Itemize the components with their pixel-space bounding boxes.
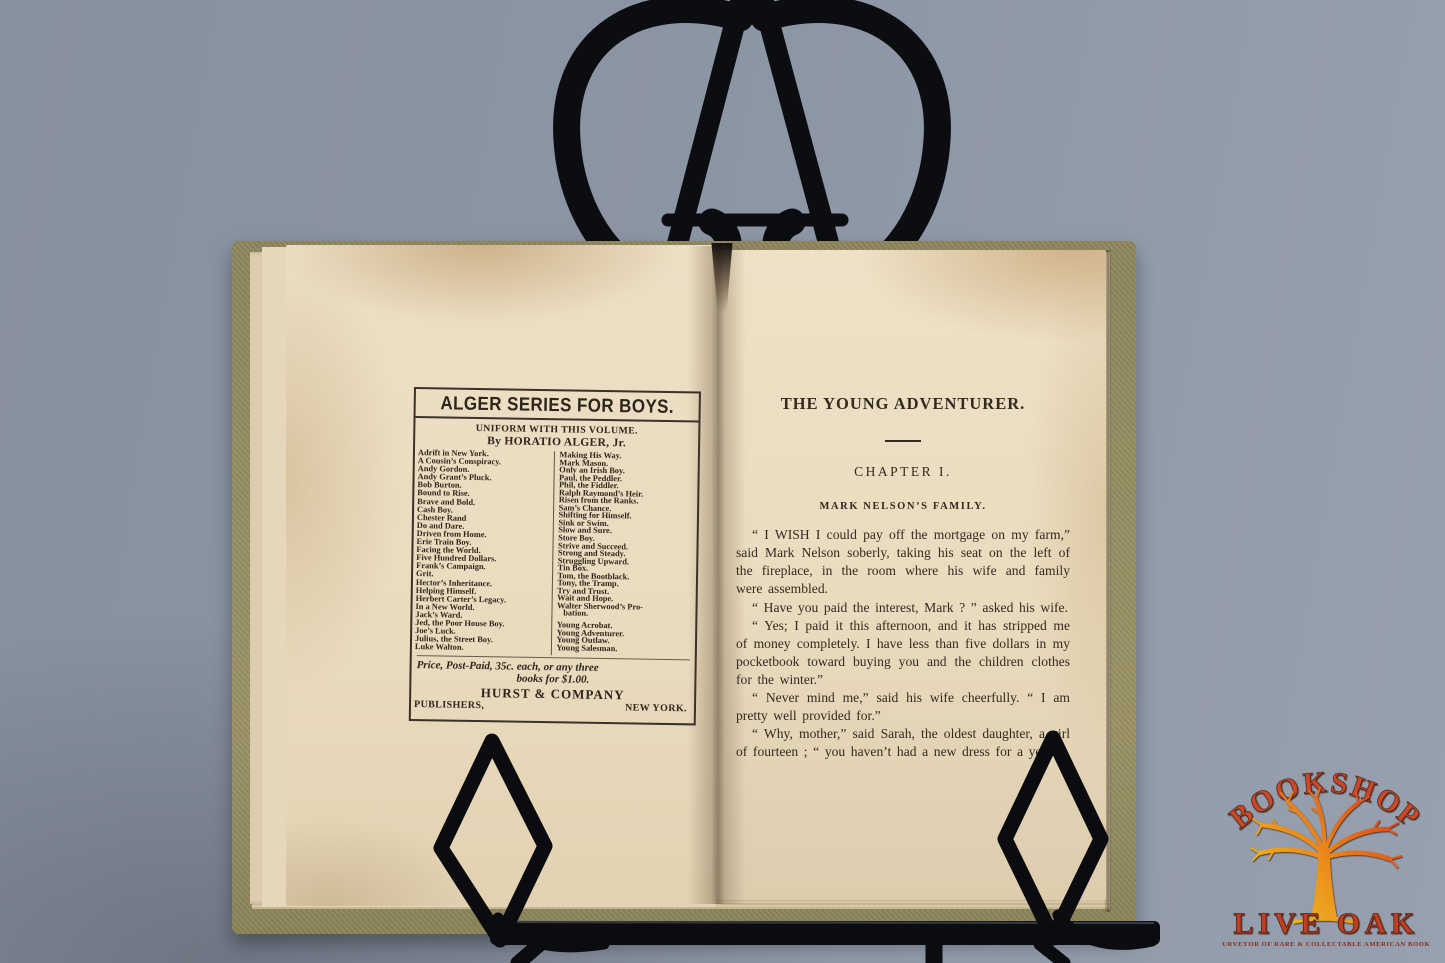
ad-box: ALGER SERIES FOR BOYS. UNIFORM WITH THIS… <box>409 387 701 725</box>
body-text: “ I WISH I could pay off the mortgage on… <box>736 526 1070 761</box>
title-divider-rule <box>885 440 921 442</box>
bookshop-watermark: BOOKSHOP LIVE OAK PURVEYOR OF RARE & COL… <box>1222 757 1430 953</box>
book-title: Luke Walton. <box>415 643 551 653</box>
paragraph: “ Why, mother,” said Sarah, the oldest d… <box>736 725 1070 761</box>
paragraph: “ Have you paid the interest, Mark ? ” a… <box>736 599 1070 617</box>
ad-title: ALGER SERIES FOR BOYS. <box>419 388 696 419</box>
publisher-role: PUBLISHERS, <box>414 699 484 711</box>
book-list-column-1: Adrift in New York.A Cousin’s Conspiracy… <box>415 449 554 655</box>
section-heading: MARK NELSON’S FAMILY. <box>736 501 1070 512</box>
paragraph: “ Never mind me,” said his wife cheerful… <box>736 689 1070 725</box>
photo-scene: { "photo": { "subject": "Open antique bo… <box>0 0 1445 963</box>
book-title-heading: THE YOUNG ADVENTURER. <box>736 394 1070 414</box>
paragraph: “ Yes; I paid it this afternoon, and it … <box>736 617 1070 689</box>
book-list-column-2: Making His Way.Mark Mason.Only an Irish … <box>550 451 695 657</box>
chapter-heading: CHAPTER I. <box>736 464 1070 480</box>
paragraph: “ I WISH I could pay off the mortgage on… <box>736 526 1070 598</box>
shop-subname: LIVE OAK <box>1233 907 1418 940</box>
publisher-city: NEW YORK. <box>625 702 687 714</box>
chapter-page-content: THE YOUNG ADVENTURER. CHAPTER I. MARK NE… <box>736 394 1070 761</box>
book-list: Adrift in New York.A Cousin’s Conspiracy… <box>415 449 695 657</box>
shop-tagline: PURVEYOR OF RARE & COLLECTABLE AMERICAN … <box>1222 941 1430 948</box>
book-title: Young Salesman. <box>556 644 692 654</box>
